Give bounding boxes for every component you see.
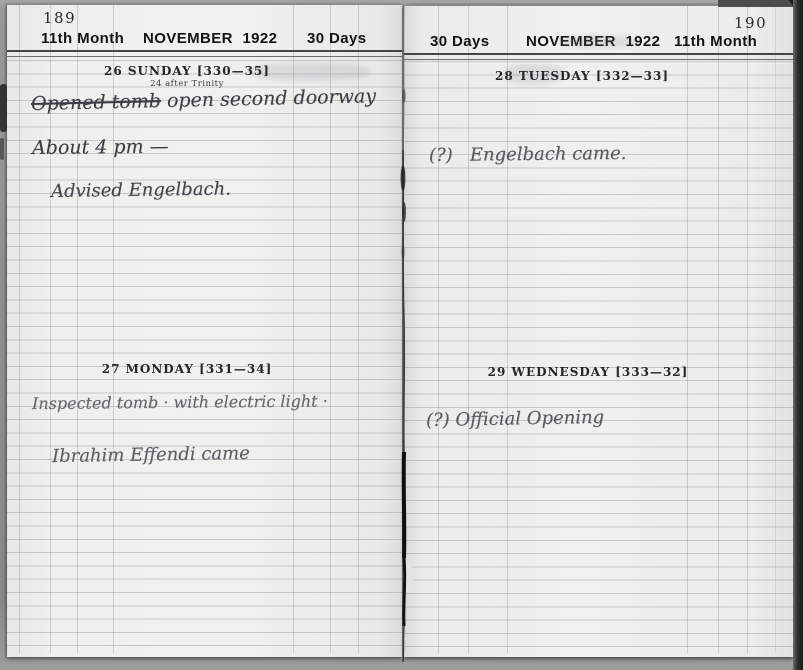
month-header-month-label: 11th Month	[41, 30, 124, 47]
header-double-rule	[404, 53, 793, 60]
header-double-rule	[7, 50, 402, 57]
book-gutter-crease	[391, 0, 417, 670]
book-fore-edge-shadow	[793, 0, 803, 670]
day-header-tuesday: 28 TUESDAY [332—33]	[432, 69, 732, 83]
month-header-days-label: 30 Days	[307, 30, 367, 47]
print-ghost-smudge	[559, 36, 634, 48]
left-edge-mark	[0, 84, 7, 132]
page-number-left: 189	[43, 9, 76, 27]
handwriting-sunday-line3: Advised Engelbach.	[51, 178, 231, 202]
day-header-monday: 27 MONDAY [331—34]	[37, 362, 337, 376]
day-header-wednesday: 29 WEDNESDAY [333—32]	[438, 365, 738, 379]
handwriting-tuesday-line1: (?) Engelbach came.	[429, 143, 627, 166]
left-edge-mark	[0, 138, 4, 160]
handwriting-sunday-line2: About 4 pm —	[32, 136, 169, 159]
diary-page-left: 189 11th Month NOVEMBER 1922 30 Days 26 …	[7, 4, 402, 657]
month-header-month-label: 11th Month	[674, 33, 757, 50]
diary-page-right: 190 30 Days NOVEMBER 1922 11th Month 28 …	[404, 5, 793, 657]
struck-through-text: Opened tomb	[31, 90, 161, 115]
month-header-days-label: 30 Days	[430, 33, 490, 50]
handwriting-monday-line2: Ibrahim Effendi came	[52, 443, 250, 467]
month-header-title: NOVEMBER 1922	[143, 30, 277, 47]
day-header-sunday: 26 SUNDAY [330—35]	[37, 64, 337, 78]
handwriting-wednesday-line1: (?) Official Opening	[426, 407, 604, 431]
page-number-right: 190	[734, 14, 767, 32]
handwriting-monday-line1: Inspected tomb · with electric light ·	[32, 391, 328, 413]
scanned-diary-photo: 189 11th Month NOVEMBER 1922 30 Days 26 …	[0, 0, 803, 670]
